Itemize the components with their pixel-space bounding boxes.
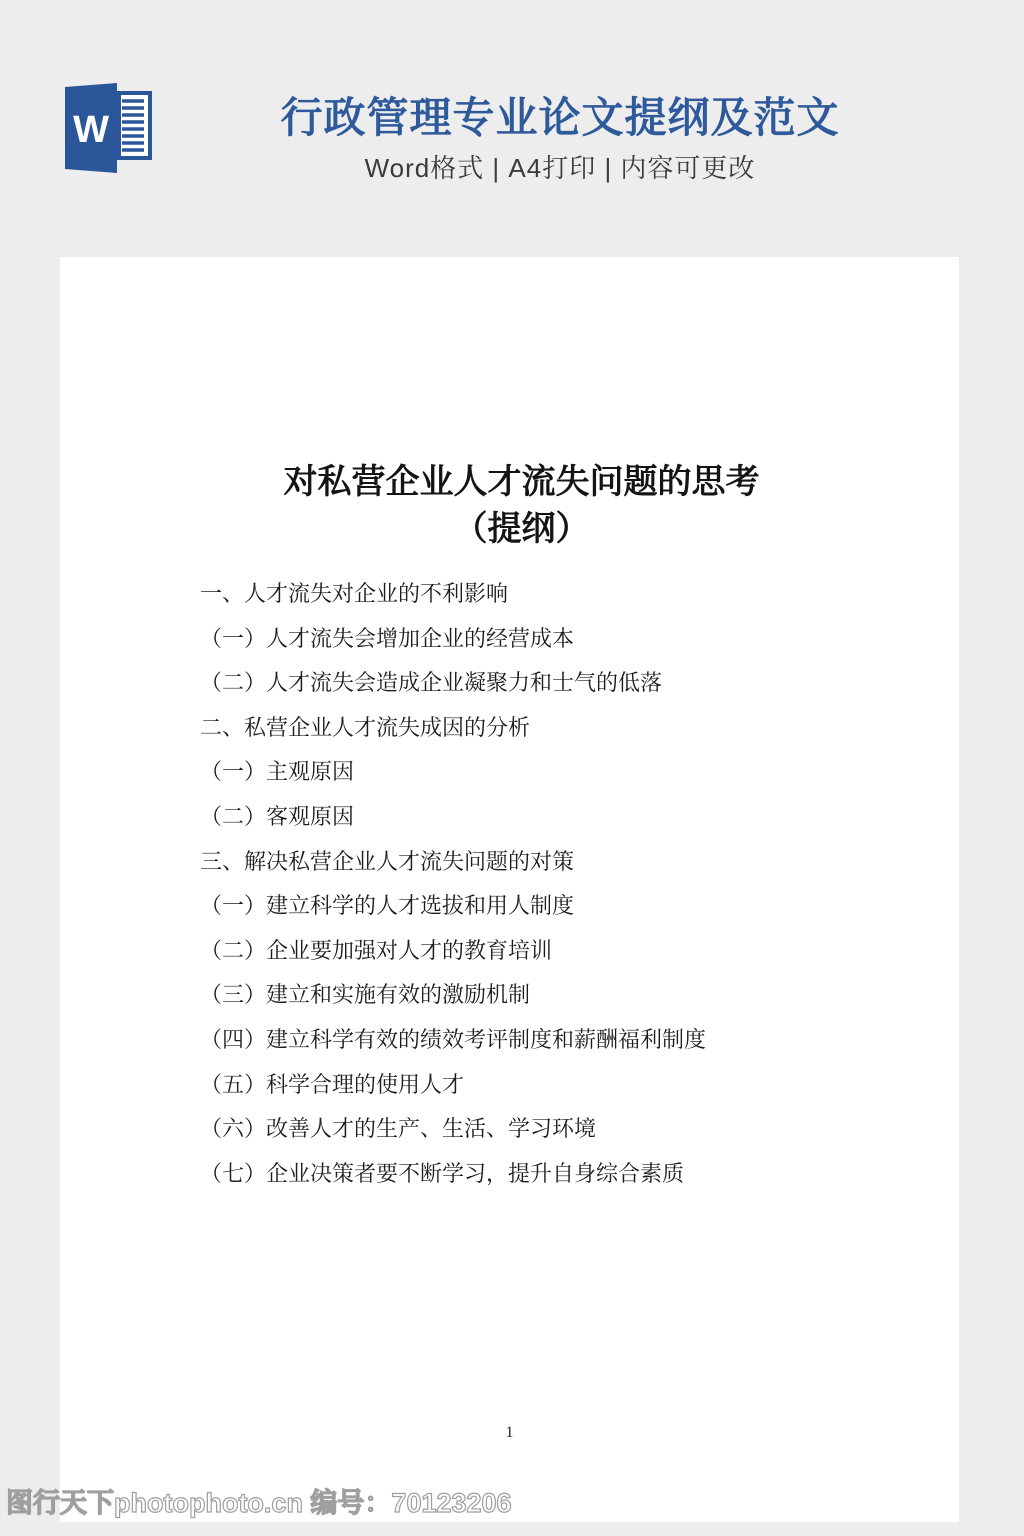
outline-item: 三、解决私营企业人才流失问题的对策: [200, 840, 929, 885]
outline-item: （一）建立科学的人才选拔和用人制度: [200, 884, 929, 929]
outline-item: （七）企业决策者要不断学习，提升自身综合素质: [200, 1152, 929, 1197]
outline-item: （二）人才流失会造成企业凝聚力和士气的低落: [200, 661, 929, 706]
outline-item: 一、人才流失对企业的不利影响: [200, 572, 929, 617]
outline-item: （六）改善人才的生产、生活、学习环境: [200, 1107, 929, 1152]
watermark-text: 图行天下photophoto.cn 编号：70123206: [6, 1487, 512, 1519]
header-text: 行政管理专业论文提纲及范文 Word格式 | A4打印 | 内容可更改: [96, 94, 1024, 185]
template-title: 行政管理专业论文提纲及范文: [96, 94, 1024, 142]
page-root: W 行政管理专业论文提纲及范文 Word格式 | A4打印 | 内容可更改 对私…: [0, 0, 1024, 1536]
document-page: 对私营企业人才流失问题的思考 （提纲） 一、人才流失对企业的不利影响（一）人才流…: [60, 257, 959, 1522]
outline-item: （四）建立科学有效的绩效考评制度和薪酬福利制度: [200, 1018, 929, 1063]
document-title: 对私营企业人才流失问题的思考 （提纲）: [60, 459, 959, 553]
outline-item: （二）客观原因: [200, 795, 929, 840]
page-number: 1: [60, 1423, 959, 1443]
template-subtitle: Word格式 | A4打印 | 内容可更改: [96, 151, 1024, 185]
document-title-line2: （提纲）: [84, 506, 959, 553]
outline-item: （五）科学合理的使用人才: [200, 1063, 929, 1108]
outline-list: 一、人才流失对企业的不利影响（一）人才流失会增加企业的经营成本（二）人才流失会造…: [200, 572, 929, 1196]
outline-item: 二、私营企业人才流失成因的分析: [200, 706, 929, 751]
outline-item: （三）建立和实施有效的激励机制: [200, 973, 929, 1018]
document-title-line1: 对私营企业人才流失问题的思考: [84, 459, 959, 506]
outline-item: （一）主观原因: [200, 750, 929, 795]
outline-item: （二）企业要加强对人才的教育培训: [200, 929, 929, 974]
outline-item: （一）人才流失会增加企业的经营成本: [200, 617, 929, 662]
